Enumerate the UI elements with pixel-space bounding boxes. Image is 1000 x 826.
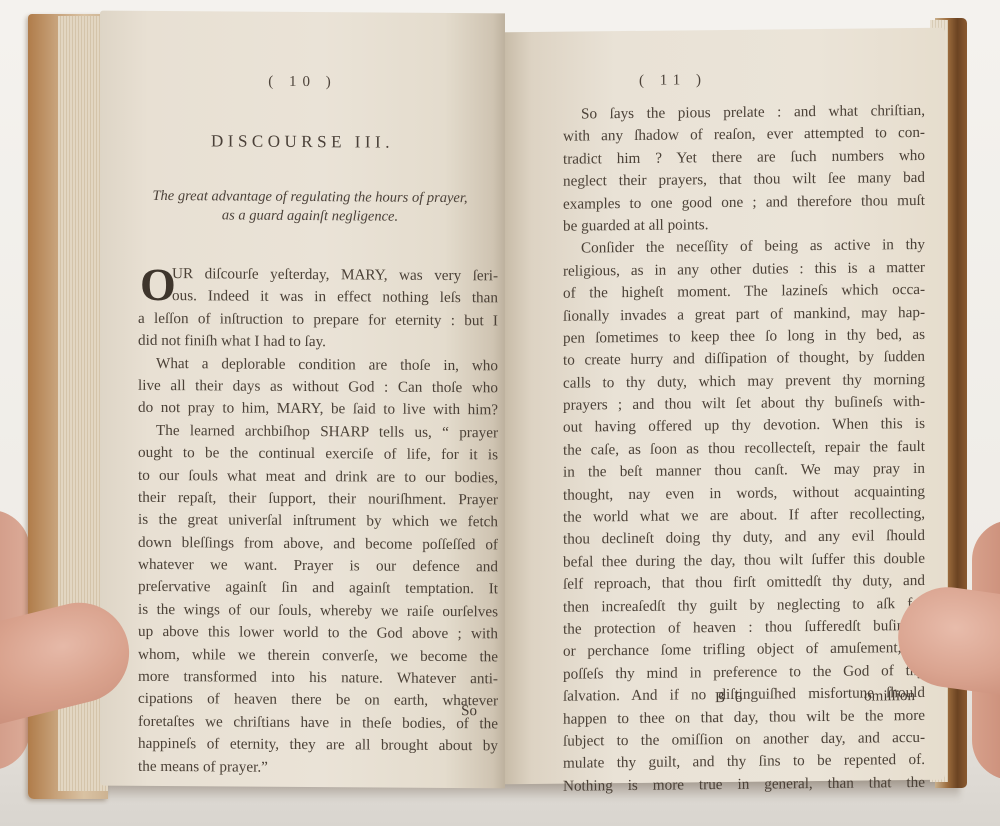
text-line: What a deplorable condition are thoſe in…	[138, 352, 498, 377]
page-number-left: ( 10 )	[100, 73, 505, 93]
text-line: ſelf reproach, that thou firſt omittedſt…	[563, 570, 925, 596]
page-number-right: ( 11 )	[453, 70, 893, 92]
text-line: cipations of heaven there be on earth, w…	[138, 688, 498, 713]
text-line: down bleſſings from above, and become po…	[138, 532, 498, 557]
left-page-body: O UR diſcourſe yeſterday, MARY, was very…	[138, 263, 498, 780]
text-line: whatever we want. Prayer is our defence …	[138, 554, 498, 579]
text-line: foretaſtes we chriſtians have in theſe b…	[138, 711, 498, 736]
text-line: of the higheſt moment. The lazineſs whic…	[563, 279, 925, 305]
drop-cap: O	[140, 263, 176, 307]
text-line: is the great univerſal inſtrument by whi…	[138, 509, 498, 534]
text-line: whom, while we therein converſe, we beco…	[138, 643, 498, 668]
right-page: ( 11 ) So ſays the pious prelate : and w…	[505, 28, 945, 785]
text-line: their repaſt, their ſupport, their nouri…	[138, 487, 498, 512]
text-line: more transformed into his nature. Whatev…	[138, 666, 498, 691]
text-line: up above this lower world to the God abo…	[138, 621, 498, 646]
text-line: do not pray to him, MARY, be ſaid to liv…	[138, 397, 498, 422]
text-line: examples to one good one ; and therefore…	[563, 189, 925, 215]
text-line: a leſſon of inſtruction to prepare for e…	[138, 308, 498, 333]
text-line: did not finiſh what I had to ſay.	[138, 330, 498, 355]
subtitle-line: The great advantage of regulating the ho…	[130, 187, 490, 209]
signature-mark: B 6	[715, 690, 745, 707]
subtitle-line: as a guard againſt negligence.	[130, 206, 490, 228]
text-line: the means of prayer.”	[138, 755, 498, 780]
catchword-left: So	[461, 703, 477, 720]
text-line: in the beſt manner thou canſt. We may pr…	[563, 458, 925, 484]
text-line: The learned archbiſhop SHARP tells us, “…	[138, 420, 498, 445]
text-line: ought to be the continual exerciſe of li…	[138, 442, 498, 467]
text-line: neglect their prayers, that thou wilt ſe…	[563, 167, 925, 193]
text-line: live all their days as without God : Can…	[138, 375, 498, 400]
left-page: ( 10 ) DISCOURSE III. The great advantag…	[100, 11, 505, 789]
catchword-right: omiſſion	[864, 688, 915, 706]
photo-scene: ( 10 ) DISCOURSE III. The great advantag…	[0, 0, 1000, 826]
discourse-heading: DISCOURSE III.	[100, 131, 505, 154]
text-line: to our ſouls what meat and drink are to …	[138, 464, 498, 489]
text-line: is the wings of our ſouls, whereby we ra…	[138, 599, 498, 624]
text-line: UR diſcourſe yeſterday, MARY, was very ſ…	[138, 263, 498, 288]
discourse-subtitle: The great advantage of regulating the ho…	[130, 187, 490, 228]
text-line: happineſs of eternity, they are all brou…	[138, 733, 498, 758]
text-line: preſervative againſt ſin and againſt tem…	[138, 576, 498, 601]
text-line: ous. Indeed it was in effect nothing leſ…	[138, 285, 498, 310]
text-line: Nothing is more true in general, than th…	[563, 772, 925, 798]
